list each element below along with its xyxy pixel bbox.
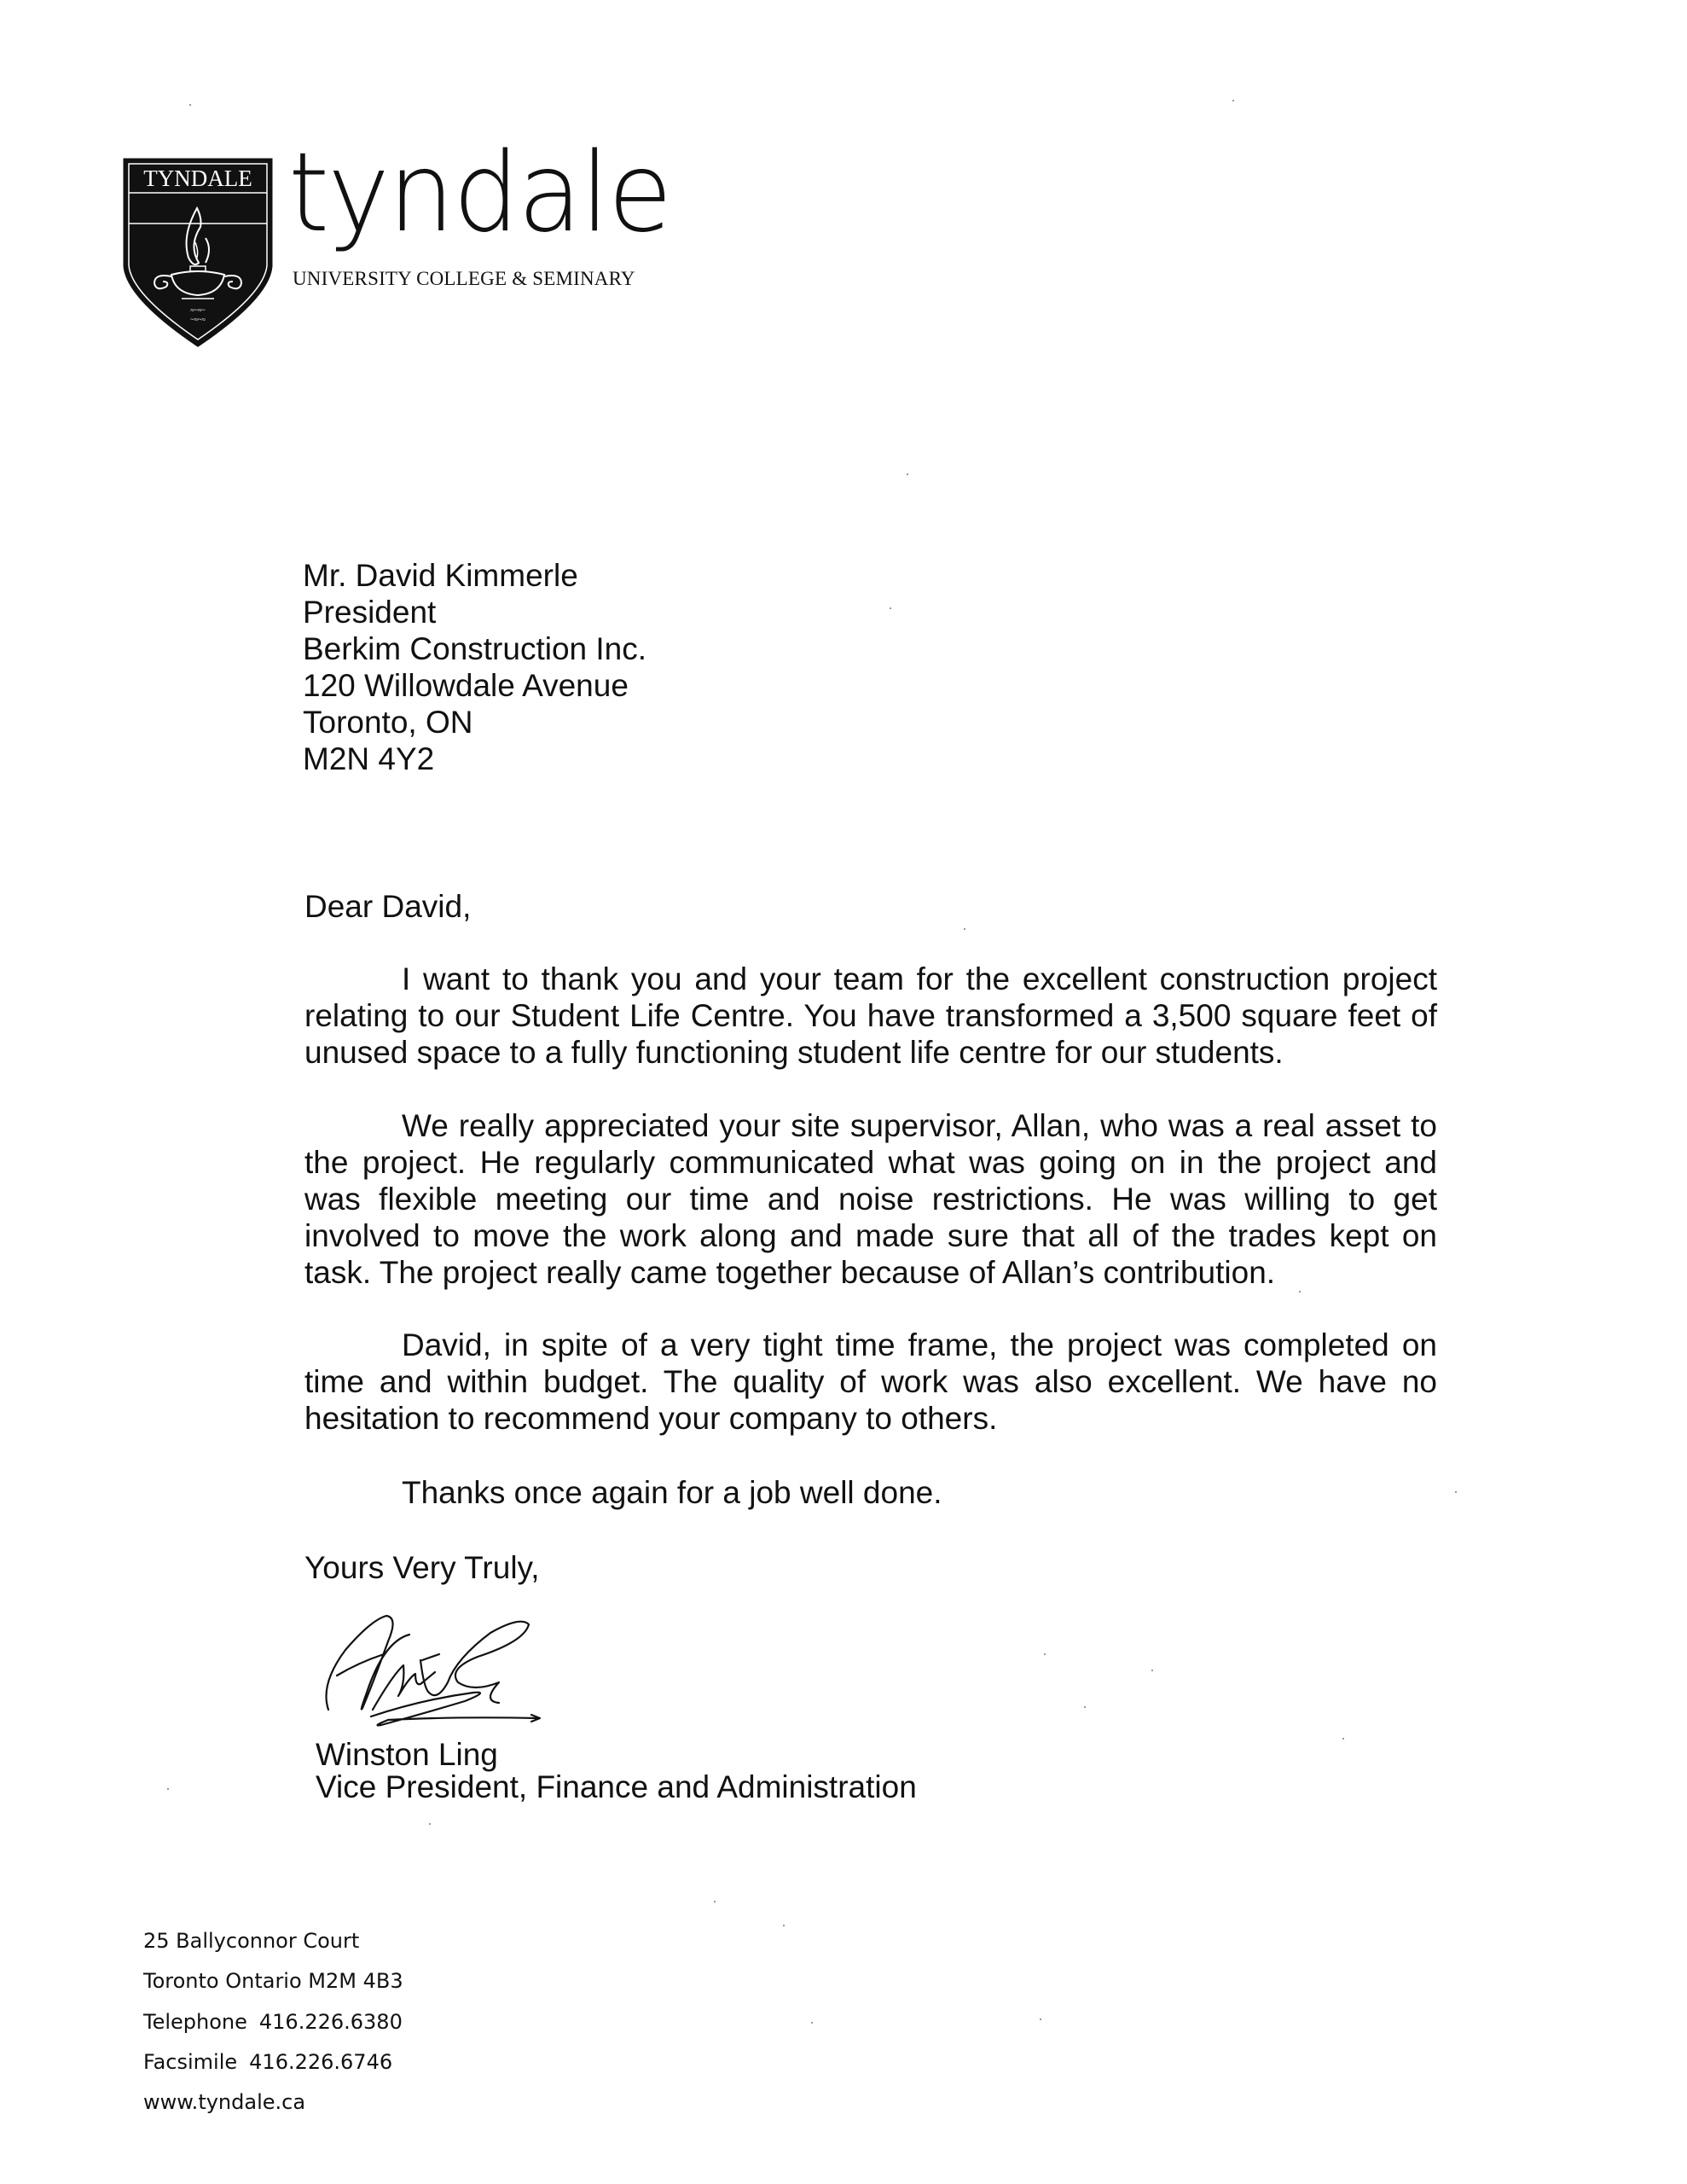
- paragraph-text: I want to thank you and your team for th…: [304, 961, 1437, 1070]
- wordmark: tyndale: [288, 139, 670, 248]
- footer-contact: 25 Ballyconnor Court Toronto Ontario M2M…: [143, 1928, 403, 2129]
- paragraph-text: David, in spite of a very tight time fra…: [304, 1327, 1437, 1436]
- svg-text:≈~≈~: ≈~≈~: [190, 306, 206, 314]
- recipient-postal-code: M2N 4Y2: [303, 741, 646, 777]
- scan-speck: [783, 1925, 785, 1926]
- scan-speck: [1232, 100, 1234, 102]
- scan-speck: [907, 473, 908, 475]
- recipient-title: President: [303, 594, 646, 630]
- closing: Yours Very Truly,: [304, 1549, 540, 1586]
- footer-website[interactable]: www.tyndale.ca: [143, 2089, 403, 2129]
- scan-speck: [811, 2022, 813, 2024]
- footer-telephone: Telephone416.226.6380: [143, 2009, 403, 2049]
- scan-speck: [964, 928, 965, 930]
- recipient-company: Berkim Construction Inc.: [303, 630, 646, 667]
- fax-label: Facsimile: [143, 2050, 237, 2074]
- telephone-number: 416.226.6380: [259, 2010, 403, 2034]
- footer-city: Toronto Ontario M2M 4B3: [143, 1968, 403, 2008]
- scan-speck: [1342, 1738, 1344, 1740]
- fax-number: 416.226.6746: [249, 2050, 392, 2074]
- footer-street: 25 Ballyconnor Court: [143, 1928, 403, 1968]
- scan-speck: [890, 607, 891, 609]
- lamp-shield-icon: TYNDALE ≈~≈~ ~≈~≈: [122, 157, 274, 348]
- body-paragraph: David, in spite of a very tight time fra…: [304, 1327, 1437, 1437]
- svg-text:~≈~≈: ~≈~≈: [190, 316, 206, 323]
- paragraph-text: Thanks once again for a job well done.: [402, 1475, 942, 1510]
- recipient-address: Mr. David Kimmerle President Berkim Cons…: [303, 557, 646, 777]
- recipient-city: Toronto, ON: [303, 704, 646, 741]
- body-paragraph: We really appreciated your site supervis…: [304, 1107, 1437, 1291]
- scan-speck: [1084, 1706, 1086, 1708]
- tagline: UNIVERSITY COLLEGE & SEMINARY: [293, 268, 635, 290]
- scan-speck: [167, 1788, 169, 1790]
- scan-speck: [1151, 1670, 1153, 1671]
- svg-text:TYNDALE: TYNDALE: [143, 166, 252, 191]
- footer-fax: Facsimile416.226.6746: [143, 2049, 403, 2089]
- paragraph-text: We really appreciated your site supervis…: [304, 1108, 1437, 1290]
- scan-speck: [1299, 1291, 1301, 1292]
- body-paragraph: Thanks once again for a job well done.: [304, 1474, 1437, 1511]
- signature-icon: [320, 1607, 601, 1731]
- body-paragraph: I want to thank you and your team for th…: [304, 961, 1437, 1071]
- telephone-label: Telephone: [143, 2010, 247, 2034]
- scan-speck: [189, 104, 191, 106]
- signer-name: Winston Ling: [316, 1736, 498, 1773]
- scan-speck: [1040, 2018, 1041, 2020]
- salutation: Dear David,: [304, 888, 471, 925]
- recipient-street: 120 Willowdale Avenue: [303, 667, 646, 704]
- scan-speck: [714, 1901, 716, 1902]
- scan-speck: [1044, 1653, 1046, 1655]
- recipient-name: Mr. David Kimmerle: [303, 557, 646, 594]
- scan-speck: [1455, 1491, 1457, 1493]
- scan-speck: [429, 1823, 431, 1825]
- signer-title: Vice President, Finance and Administrati…: [316, 1769, 917, 1805]
